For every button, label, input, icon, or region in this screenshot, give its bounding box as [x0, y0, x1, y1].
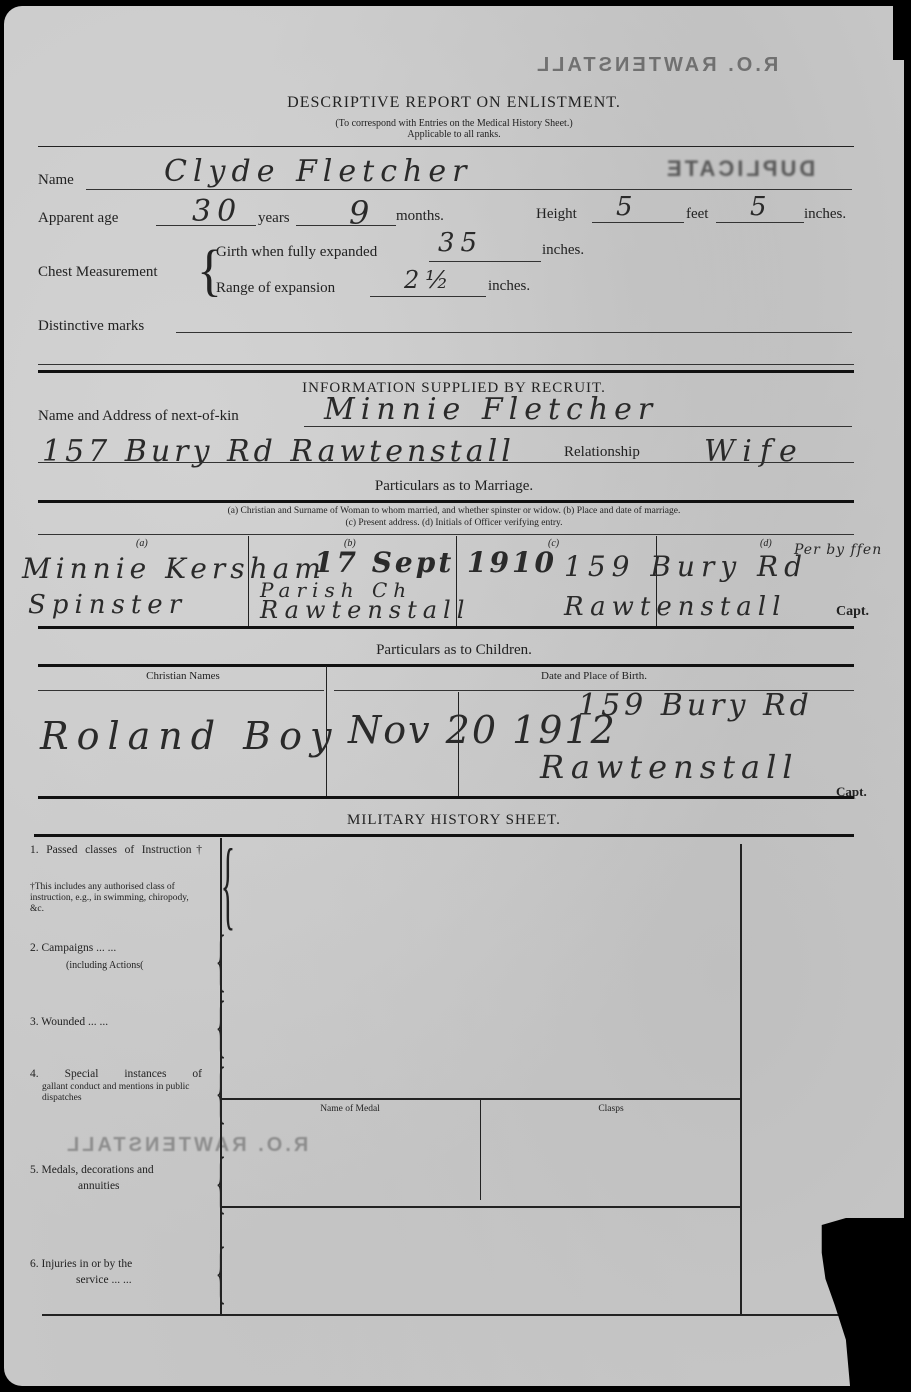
range-inches-label: inches.	[488, 278, 530, 295]
divider	[38, 364, 854, 365]
present-address-2: Rawtenstall	[564, 592, 786, 622]
chest-measurement-label: Chest Measurement	[38, 264, 158, 281]
item-1-note: †This includes any authorised class of i…	[30, 882, 204, 915]
height-inches-line	[716, 222, 804, 223]
item-6-brace: {	[216, 1238, 226, 1308]
section-divider	[38, 370, 854, 373]
height-label: Height	[536, 206, 577, 223]
range-label: Range of expansion	[216, 280, 335, 297]
next-of-kin-name: Minnie Fletcher	[324, 392, 658, 427]
address-line	[38, 462, 854, 463]
item-2-num: 2.	[30, 942, 39, 954]
verifying-officer-initials: Per by ffen	[794, 542, 882, 558]
military-history-heading: MILITARY HISTORY SHEET.	[4, 812, 904, 829]
relationship-label: Relationship	[564, 444, 640, 461]
girth-label: Girth when fully expanded	[216, 244, 377, 261]
verifying-officer-rank: Capt.	[836, 604, 869, 620]
item-1-brace: {	[221, 834, 235, 934]
child-birth-date: Nov 20 1912	[348, 708, 617, 752]
years-label: years	[258, 210, 290, 227]
col-d-label: (d)	[760, 538, 772, 549]
rawtenstall-stamp-bottom: R.O. RAWTENSTALL	[64, 1134, 308, 1157]
children-header-line	[38, 690, 324, 691]
item-4-num: 4.	[30, 1068, 39, 1080]
height-feet-value: 5	[616, 192, 639, 222]
age-years-value: 30	[192, 194, 242, 229]
marriage-note-line-1: (a) Christian and Surname of Woman to wh…	[4, 506, 904, 516]
marriage-bottom-line	[38, 626, 854, 629]
rawtenstall-stamp-top: R.O. RAWTENSTALL	[534, 54, 778, 77]
col-name-of-medal: Name of Medal	[222, 1104, 478, 1114]
col-christian-names: Christian Names	[38, 670, 328, 682]
child-birth-place-1: 159 Bury Rd	[578, 688, 813, 723]
item-1-label: 1. Passed classes of Instruction†	[30, 844, 202, 856]
col-a-label: (a)	[136, 538, 148, 549]
marriage-heading: Particulars as to Marriage.	[4, 478, 904, 495]
duplicate-stamp: DUPLICATE	[664, 156, 815, 182]
form-subtitle: (To correspond with Entries on the Medic…	[4, 118, 904, 129]
item-4-text: Special instances of	[65, 1068, 202, 1080]
present-address-1: 159 Bury Rd	[564, 550, 808, 583]
child-birth-place-2: Rawtenstall	[540, 748, 799, 786]
months-label: months.	[396, 208, 444, 225]
item-6-num: 6.	[30, 1258, 39, 1270]
next-of-kin-address: 157 Bury Rd Rawtenstall	[42, 434, 515, 469]
medal-table-bottom	[222, 1206, 740, 1208]
girth-inches-label: inches.	[542, 242, 584, 259]
enlistment-form-page: R.O. RAWTENSTALL DUPLICATE R.O. RAWTENST…	[4, 6, 904, 1386]
item-1-num: 1.	[30, 844, 39, 856]
item-3-num: 3.	[30, 1016, 39, 1028]
age-months-value: 9	[349, 194, 375, 232]
distinctive-marks-label: Distinctive marks	[38, 318, 144, 335]
item-3-brace: {	[216, 992, 226, 1062]
child-name: Roland Boy	[40, 714, 339, 758]
next-of-kin-label: Name and Address of next-of-kin	[38, 408, 239, 425]
height-inches-value: 5	[750, 192, 773, 222]
children-bottom-line	[38, 796, 854, 799]
item-5-brace: {	[216, 1148, 226, 1218]
item-5-note: annuities	[78, 1180, 120, 1192]
torn-top-right	[893, 0, 911, 60]
name-field-line	[86, 189, 852, 190]
item-2-text: Campaigns ... ...	[42, 942, 117, 954]
medal-col-divider	[480, 1100, 481, 1200]
medal-table-top	[222, 1098, 740, 1100]
marriage-note-line-2: (c) Present address. (d) Initials of Off…	[4, 518, 904, 528]
item-4-brace: {	[216, 1058, 226, 1128]
item-6-note: service ... ...	[76, 1274, 132, 1286]
form-applicability: Applicable to all ranks.	[4, 129, 904, 140]
military-bottom-line	[42, 1314, 852, 1316]
girth-value: 35	[438, 228, 483, 258]
children-divider	[38, 664, 854, 667]
range-value: 2½	[404, 266, 455, 294]
item-2-note: (including Actions(	[66, 960, 144, 971]
divider	[38, 146, 854, 147]
name-label: Name	[38, 172, 74, 189]
item-6-label: 6. Injuries in or by the	[30, 1258, 132, 1270]
age-years-line	[156, 225, 256, 226]
item-5-label: 5. Medals, decorations and	[30, 1164, 154, 1176]
item-3-label: 3. Wounded ... ...	[30, 1016, 108, 1028]
form-title: DESCRIPTIVE REPORT ON ENLISTMENT.	[4, 94, 904, 112]
inches-label: inches.	[804, 206, 846, 223]
girth-line	[429, 261, 541, 262]
age-label: Apparent age	[38, 210, 118, 227]
item-4-label: 4. Special instances of	[30, 1068, 202, 1080]
item-3-text: Wounded ... ...	[41, 1016, 108, 1028]
nok-name-line	[304, 426, 852, 427]
age-months-line	[296, 225, 396, 226]
distinctive-marks-line	[176, 332, 852, 333]
item-2-brace: {	[216, 926, 226, 996]
children-heading: Particulars as to Children.	[4, 642, 904, 659]
name-value: Clyde Fletcher	[164, 154, 472, 189]
item-5-num: 5.	[30, 1164, 39, 1176]
col-date-place-birth: Date and Place of Birth.	[334, 670, 854, 682]
item-6-text: Injuries in or by the	[42, 1258, 133, 1270]
item-2-label: 2. Campaigns ... ...	[30, 942, 116, 954]
relationship-value: Wife	[704, 434, 805, 469]
wife-status: Spinster	[28, 590, 187, 620]
marriage-place-2: Rawtenstall	[260, 596, 470, 624]
col-clasps: Clasps	[482, 1104, 740, 1114]
marriage-header-line	[38, 534, 854, 535]
marriage-divider	[38, 500, 854, 503]
feet-label: feet	[686, 206, 708, 223]
item-5-text: Medals, decorations and	[42, 1164, 154, 1176]
item-1-text: Passed classes of Instruction†	[46, 844, 202, 856]
marriage-date: 17 Sept 1910	[314, 546, 557, 579]
military-right-border	[740, 844, 742, 1316]
height-feet-line	[592, 222, 684, 223]
range-line	[370, 296, 486, 297]
military-divider	[34, 834, 854, 837]
item-4-note: gallant conduct and mentions in public d…	[42, 1082, 204, 1104]
